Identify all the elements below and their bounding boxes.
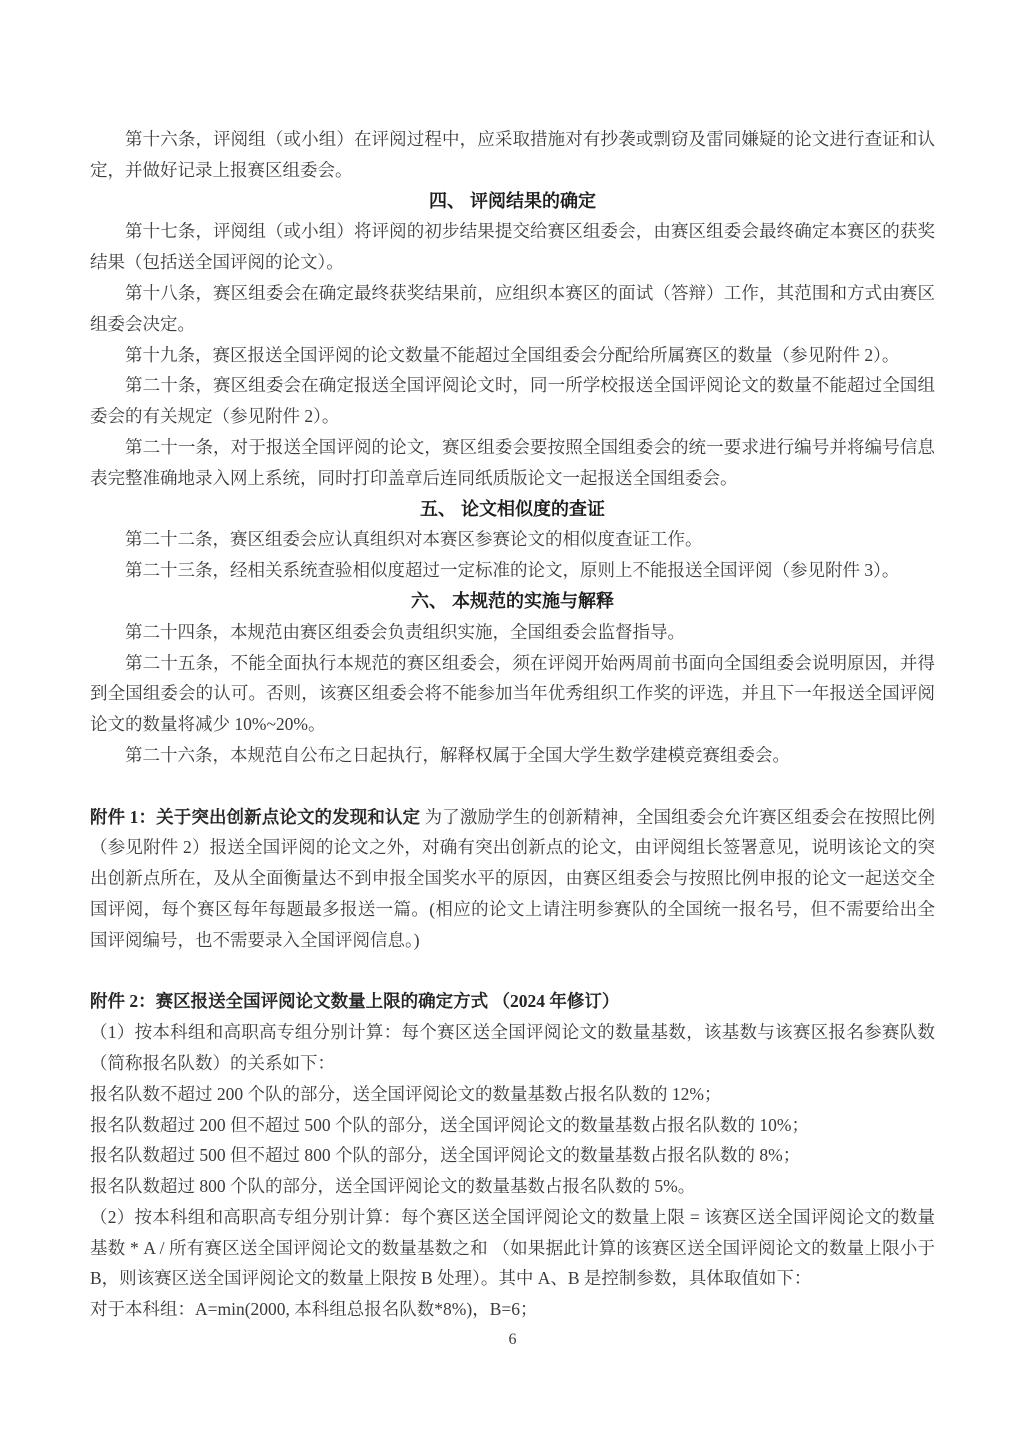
annex-paragraph: 附件 2：赛区报送全国评阅论文数量上限的确定方式 （2024 年修订） bbox=[90, 986, 935, 1017]
document-body: 第十六条，评阅组（或小组）在评阅过程中，应采取措施对有抄袭或剽窃及雷同嫌疑的论文… bbox=[90, 124, 935, 1325]
annex-text: 为了激励学生的创新精神，全国组委会允许赛区组委会在按照比例（参见附件 2）报送全… bbox=[90, 807, 935, 950]
section-heading: 四、 评阅结果的确定 bbox=[90, 186, 935, 217]
paragraph: 报名队数超过 200 但不超过 500 个队的部分，送全国评阅论文的数量基数占报… bbox=[90, 1110, 935, 1141]
paragraph: 第二十一条，对于报送全国评阅的论文，赛区组委会要按照全国组委会的统一要求进行编号… bbox=[90, 432, 935, 494]
paragraph: 报名队数超过 800 个队的部分，送全国评阅论文的数量基数占报名队数的 5%。 bbox=[90, 1171, 935, 1202]
page-number: 6 bbox=[90, 1325, 935, 1356]
annex-title: 附件 2：赛区报送全国评阅论文数量上限的确定方式 （2024 年修订） bbox=[90, 991, 619, 1011]
section-heading: 六、 本规范的实施与解释 bbox=[90, 586, 935, 617]
paragraph: （2）按本科组和高职高专组分别计算：每个赛区送全国评阅论文的数量上限 = 该赛区… bbox=[90, 1202, 935, 1294]
document-page: 第十六条，评阅组（或小组）在评阅过程中，应采取措施对有抄袭或剽窃及雷同嫌疑的论文… bbox=[0, 0, 1024, 1448]
blank-line bbox=[90, 956, 935, 987]
paragraph: 第二十二条，赛区组委会应认真组织对本赛区参赛论文的相似度查证工作。 bbox=[90, 524, 935, 555]
paragraph: 报名队数不超过 200 个队的部分，送全国评阅论文的数量基数占报名队数的 12%… bbox=[90, 1079, 935, 1110]
paragraph: 第二十三条，经相关系统查验相似度超过一定标准的论文，原则上不能报送全国评阅（参见… bbox=[90, 555, 935, 586]
paragraph: 第十九条，赛区报送全国评阅的论文数量不能超过全国组委会分配给所属赛区的数量（参见… bbox=[90, 340, 935, 371]
paragraph: 对于本科组：A=min(2000, 本科组总报名队数*8%)，B=6； bbox=[90, 1294, 935, 1325]
annex-title: 附件 1：关于突出创新点论文的发现和认定 bbox=[90, 807, 420, 827]
paragraph: 第二十六条，本规范自公布之日起执行，解释权属于全国大学生数学建模竞赛组委会。 bbox=[90, 740, 935, 771]
paragraph: 第十八条，赛区组委会在确定最终获奖结果前，应组织本赛区的面试（答辩）工作，其范围… bbox=[90, 278, 935, 340]
paragraph: 第二十条，赛区组委会在确定报送全国评阅论文时，同一所学校报送全国评阅论文的数量不… bbox=[90, 370, 935, 432]
paragraph: 第十六条，评阅组（或小组）在评阅过程中，应采取措施对有抄袭或剽窃及雷同嫌疑的论文… bbox=[90, 124, 935, 186]
annex-paragraph: 附件 1：关于突出创新点论文的发现和认定 为了激励学生的创新精神，全国组委会允许… bbox=[90, 802, 935, 956]
paragraph: 第十七条，评阅组（或小组）将评阅的初步结果提交给赛区组委会，由赛区组委会最终确定… bbox=[90, 216, 935, 278]
paragraph: 第二十四条，本规范由赛区组委会负责组织实施，全国组委会监督指导。 bbox=[90, 617, 935, 648]
blank-line bbox=[90, 771, 935, 802]
paragraph: （1）按本科组和高职高专组分别计算：每个赛区送全国评阅论文的数量基数，该基数与该… bbox=[90, 1017, 935, 1079]
paragraph: 第二十五条，不能全面执行本规范的赛区组委会，须在评阅开始两周前书面向全国组委会说… bbox=[90, 648, 935, 740]
section-heading: 五、 论文相似度的查证 bbox=[90, 494, 935, 525]
paragraph: 报名队数超过 500 但不超过 800 个队的部分，送全国评阅论文的数量基数占报… bbox=[90, 1140, 935, 1171]
